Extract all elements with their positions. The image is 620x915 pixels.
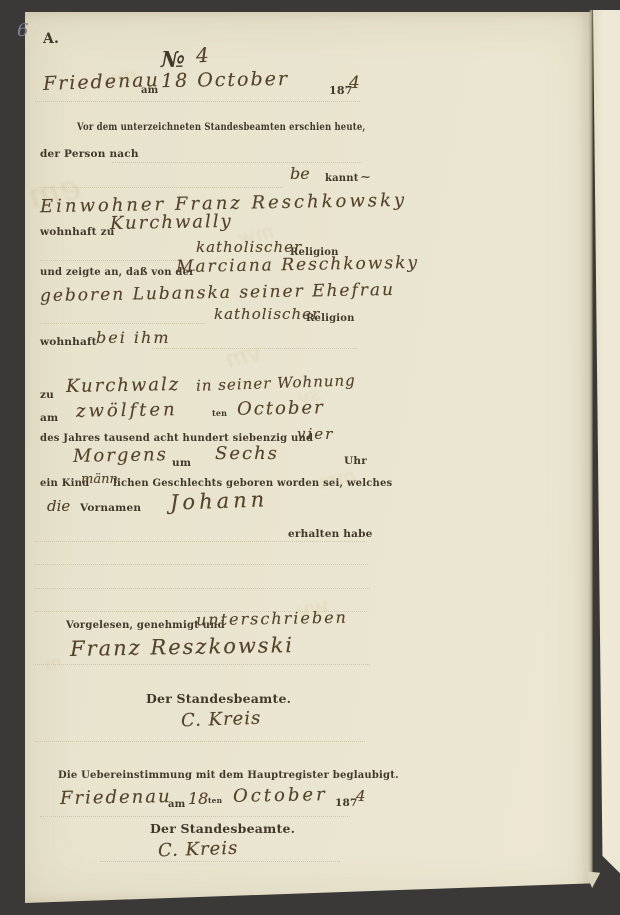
known-printed: kannt [325, 173, 359, 184]
form-rule [35, 100, 360, 102]
form-rule [100, 860, 340, 862]
record-number-value: 4 [195, 43, 210, 68]
religion-label-2: Religion [306, 313, 355, 324]
die-insert: die [47, 497, 70, 515]
mother-name: Marciana Reschkowsky [176, 253, 419, 277]
time-value: Sechs [215, 443, 279, 464]
registrar-title: Der Standesbeamte. [146, 691, 291, 706]
registrar-title-2: Der Standesbeamte. [150, 821, 295, 836]
uhr-label: Uhr [344, 455, 367, 467]
report-line: und zeigte an, daß von der [40, 267, 195, 278]
birth-day: zwölften [76, 399, 178, 422]
religion-value-1: katholischer [196, 238, 302, 256]
form-letter: A. [43, 31, 59, 47]
form-rule [35, 663, 370, 665]
declarant-signature: Franz Reszkowski [70, 633, 294, 661]
intro-line: Vor dem unterzeichneten Standesbeamten e… [77, 122, 366, 133]
wohnhaft-value: bei ihm [96, 328, 171, 347]
form-rule [38, 186, 283, 188]
received-label: erhalten habe [288, 528, 373, 540]
certification-line: Die Uebereinstimmung mit dem Hauptregist… [58, 770, 399, 781]
form-rule [40, 815, 350, 817]
registrar-signature: C. Kreis [181, 708, 262, 732]
form-rule [35, 587, 370, 589]
wohnhaft-label: wohnhaft [40, 336, 97, 348]
certification-day: 18 [188, 789, 208, 808]
ten-suffix: ten [212, 408, 227, 418]
registrar-signature-2: C. Kreis [158, 838, 239, 862]
form-rule [152, 347, 357, 349]
certification-month: October [233, 784, 328, 807]
child-given-name: Johann [170, 487, 269, 514]
known-handwritten: be [290, 164, 310, 183]
form-rule [112, 161, 362, 163]
form-rule [40, 322, 205, 324]
pencil-page-number: 6 [17, 20, 28, 41]
certification-year-printed: 187 [335, 797, 358, 809]
year-word-value: vier [297, 425, 334, 443]
time-of-day: Morgens [73, 444, 168, 467]
form-rule [35, 563, 368, 565]
scanned-register-page: mv em mw vm sv mm wv m 6 A. № 4 Friedena… [0, 0, 620, 915]
birth-place: Kurchwalz [66, 374, 181, 397]
form-rule [35, 540, 365, 542]
adjacent-page-edge [593, 10, 620, 882]
form-rule [40, 259, 190, 261]
birth-month: October [237, 397, 325, 420]
record-date: 18 October [161, 68, 289, 92]
residence-label: wohnhaft zu [40, 226, 115, 238]
zu-label: zu [40, 389, 54, 401]
form-rule [35, 740, 365, 742]
am-label: am [141, 85, 158, 96]
vornamen-label: Vornamen [80, 502, 141, 514]
declarant-residence: Kurchwally [110, 211, 233, 234]
certification-place: Friedenau [60, 786, 172, 809]
religion-value-2: katholischer [214, 305, 320, 323]
certification-year-digit: 4 [356, 787, 366, 805]
certification-am-label: am [168, 799, 185, 810]
am-label-2: am [40, 412, 58, 424]
certification-ten-suffix: ten [208, 796, 222, 805]
year-digit: 4 [349, 73, 360, 93]
signed-handwritten: unterschrieben [196, 608, 348, 630]
um-label: um [172, 457, 191, 469]
flourish-mark: ~ [360, 170, 371, 185]
person-line: der Person nach [40, 148, 139, 160]
page-crease [589, 10, 593, 883]
